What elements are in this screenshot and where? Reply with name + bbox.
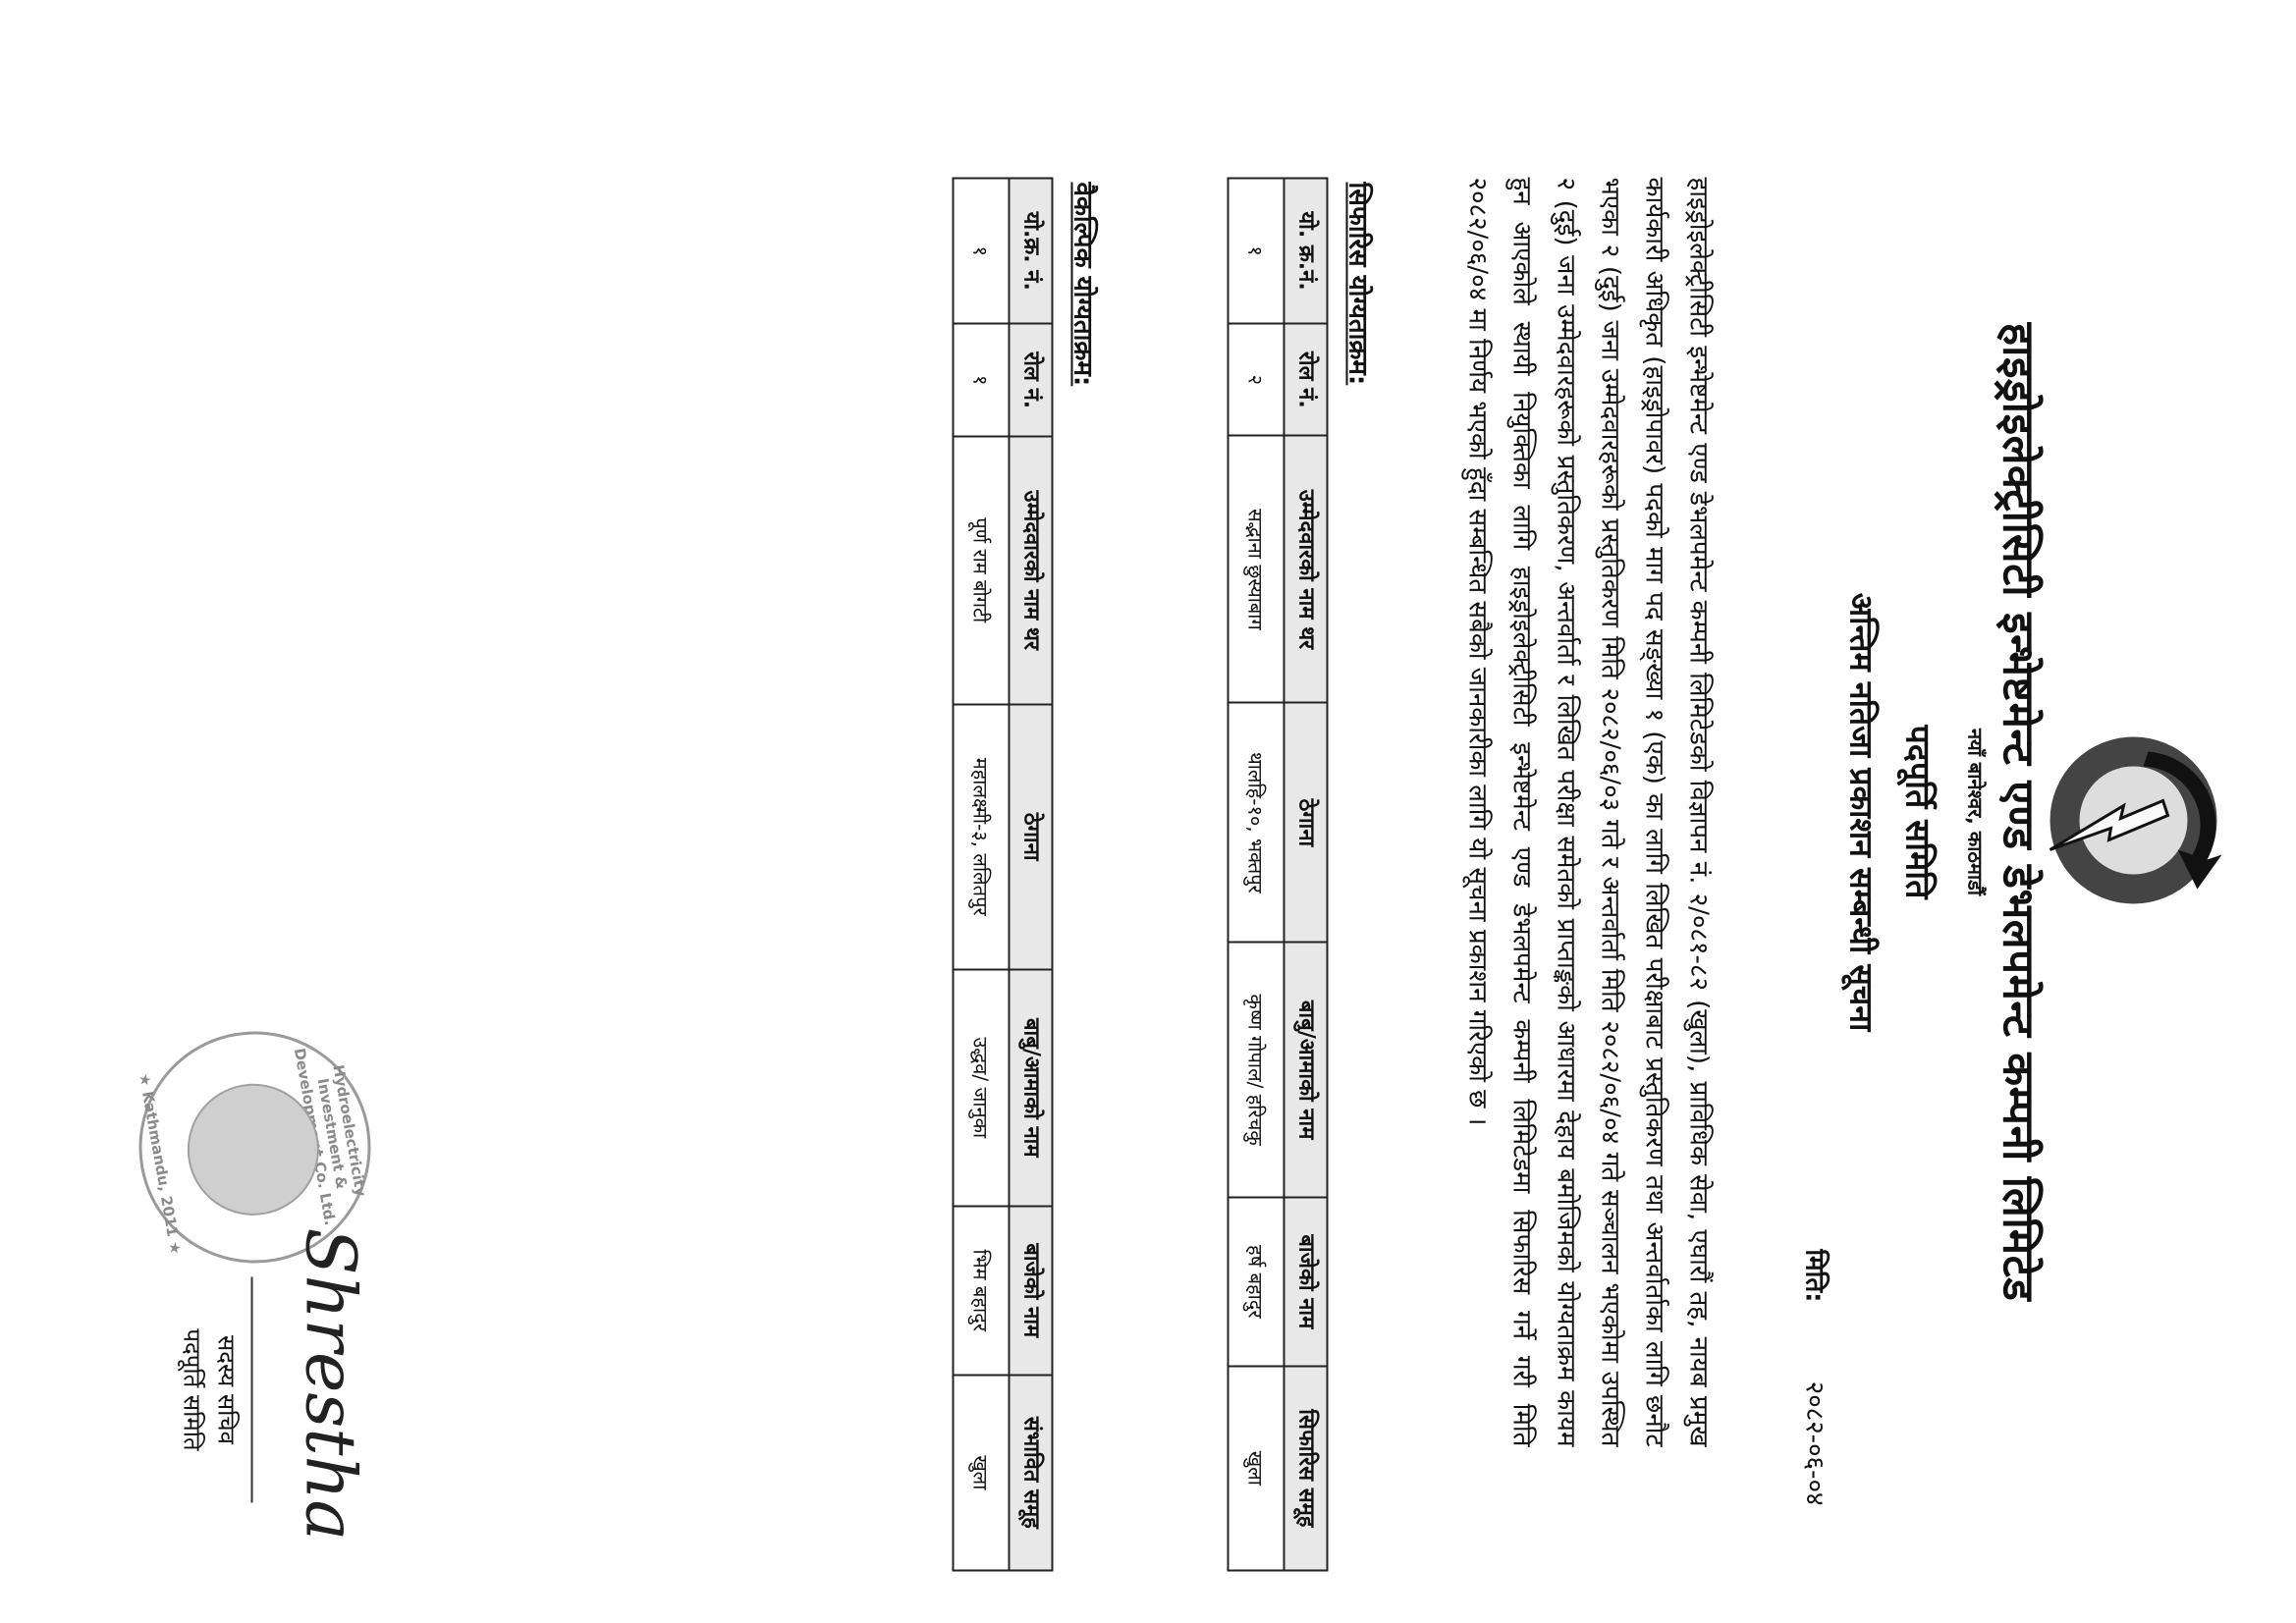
table-row: ११पूर्ण राम बोगटीमहालक्ष्मी-३, ललितपुरउद…: [954, 179, 1010, 1571]
column-header: ठेगाना: [1010, 704, 1053, 969]
notice-date: मिति:२०८२-०६-०४: [1799, 1249, 1834, 1505]
column-header: संभावित समूह: [1010, 1375, 1053, 1570]
column-header: रोल नं.: [1010, 324, 1053, 437]
column-header: उम्मेदवारको नाम थर: [1010, 437, 1053, 705]
column-header: बाजेको नाम: [1010, 1206, 1053, 1375]
alternate-list-title: वैकल्पिक योग्यताक्रम:: [1067, 183, 1103, 387]
table-cell: १: [1229, 179, 1285, 324]
company-logo-icon: [2041, 723, 2237, 919]
table-cell: पूर्ण राम बोगटी: [954, 437, 1010, 705]
column-header: बाजेको नाम: [1285, 1197, 1328, 1366]
table-cell: महालक्ष्मी-३, ललितपुर: [954, 704, 1010, 969]
notice-page: हाइड्रोइलेक्ट्रीसिटी इन्भेष्टमेन्ट एण्ड …: [0, 1, 2296, 1623]
company-address: नयाँ बानेश्वर, काठमाडौं: [1963, 1, 1990, 1623]
notice-title: अन्तिम नतिजा प्रकाशन सम्बन्धी सूचना: [1841, 1, 1884, 1623]
date-value: २०८२-०६-०४: [1800, 1381, 1830, 1506]
table-cell: सद्भाना छुस्याबाग: [1229, 436, 1285, 703]
table-cell: हर्ष बहादुर: [1229, 1197, 1285, 1366]
notice-body: हाइड्रोइलेक्ट्रीसिटी इन्भेष्टमेन्ट एण्ड …: [1455, 178, 1721, 1447]
stamp-bottom-text: ★ Kathmandu, 2011 ★: [132, 1052, 189, 1277]
column-header: ठेगाना: [1285, 703, 1328, 943]
signature-line: [251, 1277, 253, 1503]
recommended-list-title: सिफारिस योग्यताक्रम:: [1342, 183, 1378, 386]
signatory-committee: पदपूर्ति समिति: [177, 1277, 209, 1503]
table-row: १२सद्भाना छुस्याबागथालहि-१०, भक्तपुरकृष्…: [1229, 179, 1285, 1571]
column-header: सिफारिस समूह: [1285, 1366, 1328, 1570]
alternate-table: यो.क्र. नं.रोल नं.उम्मेदवारको नाम थरठेगा…: [953, 178, 1054, 1572]
column-header: यो.क्र. नं.: [1010, 179, 1053, 324]
column-header: बाबु/आमाको नाम: [1285, 943, 1328, 1198]
table-cell: १: [954, 179, 1010, 324]
table-cell: १: [954, 324, 1010, 437]
committee-name: पदपूर्ति समिति: [1897, 1, 1942, 1623]
column-header: उम्मेदवारको नाम थर: [1285, 436, 1328, 703]
table-cell: खुला: [954, 1375, 1010, 1570]
table-cell: २: [1229, 324, 1285, 436]
column-header: यो. क्र.नं.: [1285, 179, 1328, 324]
table-cell: उद्धव/ जानुका: [954, 969, 1010, 1206]
signatory-role: सदस्य सचिव: [211, 1277, 244, 1503]
table-cell: कृष्ण गोपाल/ हरिचकु: [1229, 943, 1285, 1198]
table-cell: थालहि-१०, भक्तपुर: [1229, 703, 1285, 943]
signature: Shrestha: [253, 1228, 371, 1474]
column-header: रोल नं.: [1285, 324, 1328, 436]
table-cell: खुला: [1229, 1366, 1285, 1570]
recommended-table: यो. क्र.नं.रोल नं.उम्मेदवारको नाम थरठेगा…: [1228, 178, 1329, 1572]
company-name: हाइड्रोइलेक्ट्रीसिटी इन्भेष्टमेन्ट एण्ड …: [1992, 1, 2050, 1623]
date-label: मिति:: [1800, 1249, 1830, 1302]
column-header: बाबु/आमाको नाम: [1010, 969, 1053, 1206]
table-cell: भिम बहादुर: [954, 1206, 1010, 1375]
